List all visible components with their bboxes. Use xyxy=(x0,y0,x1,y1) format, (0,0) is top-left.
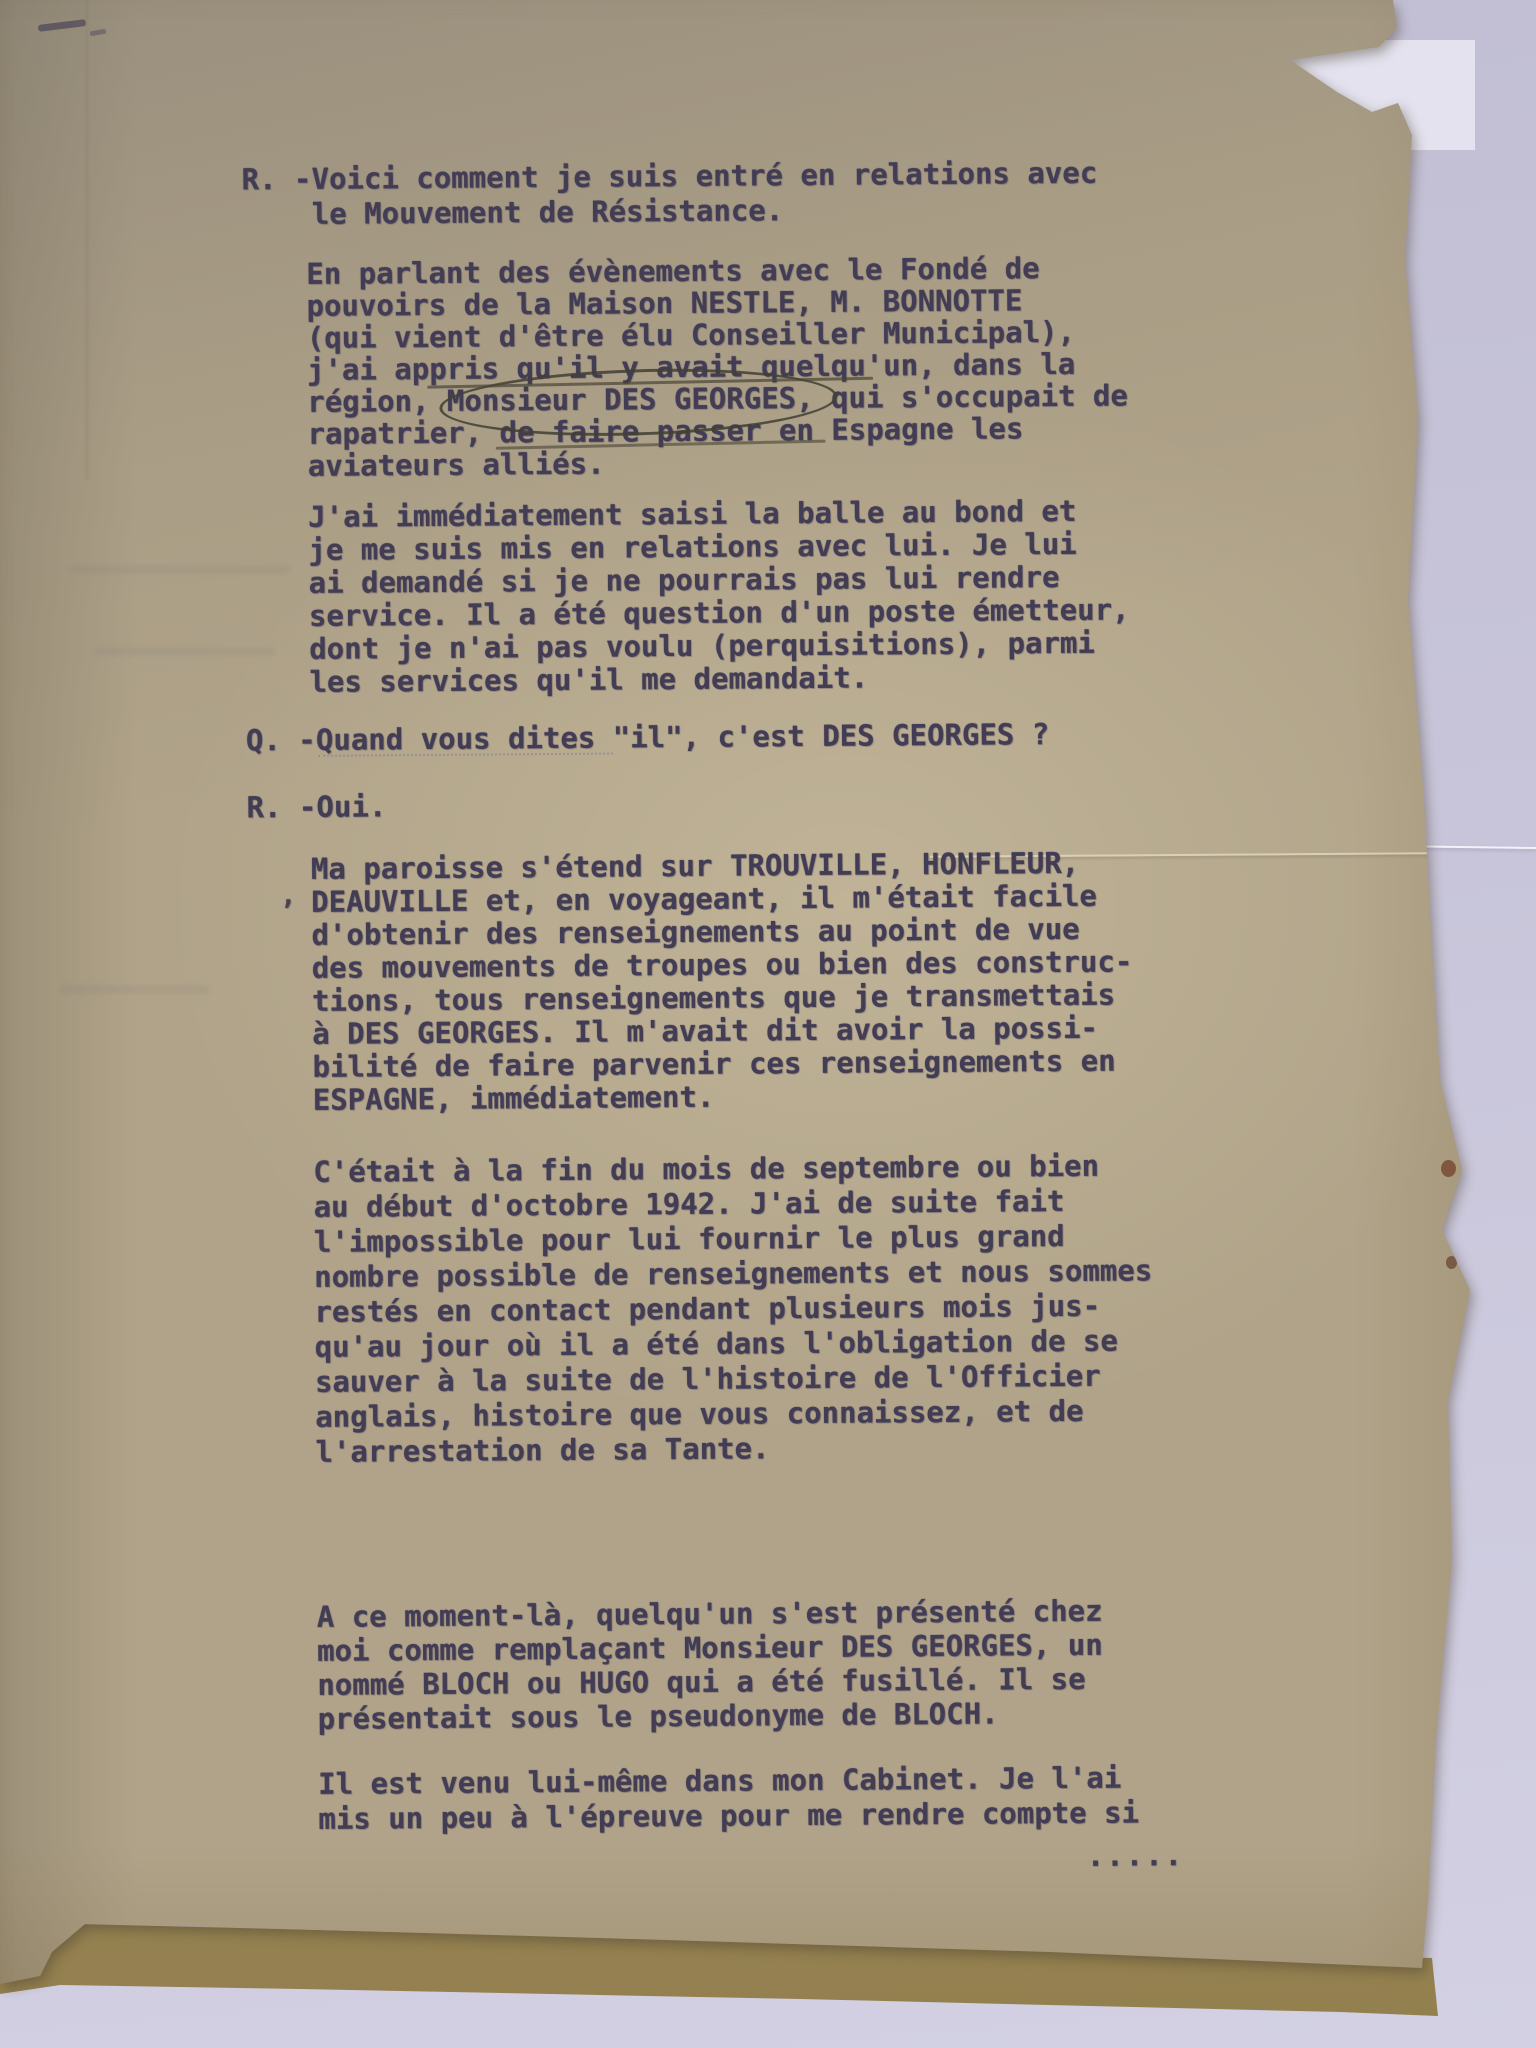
document-page-wrap: R. - Voici comment je suis entré en rela… xyxy=(0,0,1536,2048)
text-line: les services qu'il me demandait. xyxy=(309,658,1130,697)
text-line: dont je n'ai pas voulu (perquisitions), … xyxy=(309,625,1130,664)
qa-answer-block: R. - Voici comment je suis entré en rela… xyxy=(311,156,1097,232)
paragraph: C'était à la fin du mois de septembre ou… xyxy=(313,1148,1154,1470)
text-line: ESPAGNE, immédiatement. xyxy=(313,1076,1134,1115)
continuation-dots: ..... xyxy=(1087,1838,1185,1873)
paragraph: J'ai immédiatement saisi la balle au bon… xyxy=(308,493,1130,697)
typewritten-text: R. - Voici comment je suis entré en rela… xyxy=(0,0,1536,2048)
speaker-prefix: R. - xyxy=(246,790,316,825)
paragraph: En parlant des évènements avec le Fondé … xyxy=(306,250,1128,480)
speaker-prefix: R. - xyxy=(241,162,311,197)
stray-pencil-mark: , xyxy=(280,880,297,911)
qa-answer-block: R. - Oui. xyxy=(316,789,386,823)
text-line: le Mouvement de Résistance. xyxy=(312,191,1098,232)
faint-dotted-underline xyxy=(318,750,613,757)
text-line: présentait sous le pseudonyme de BLOCH. xyxy=(318,1696,1104,1736)
speaker-prefix: Q. - xyxy=(246,723,316,758)
document-page: R. - Voici comment je suis entré en rela… xyxy=(0,0,1536,2048)
text-line: l'arrestation de sa Tante. xyxy=(315,1428,1153,1470)
paragraph: Ma paroisse s'étend sur TROUVILLE, HONFL… xyxy=(311,845,1134,1115)
paragraph: Il est venu lui-même dans mon Cabinet. J… xyxy=(318,1760,1139,1836)
paragraph: A ce moment-là, quelqu'un s'est présenté… xyxy=(317,1594,1104,1736)
text-line: bilité de faire parvenir ces renseigneme… xyxy=(312,1043,1133,1082)
text-line: mis un peu à l'épreuve pour me rendre co… xyxy=(318,1795,1139,1836)
text-line: aviateurs alliés. xyxy=(308,442,1129,480)
photo-scene: R. - Voici comment je suis entré en rela… xyxy=(0,0,1536,2048)
text-line: Oui. xyxy=(316,789,386,823)
